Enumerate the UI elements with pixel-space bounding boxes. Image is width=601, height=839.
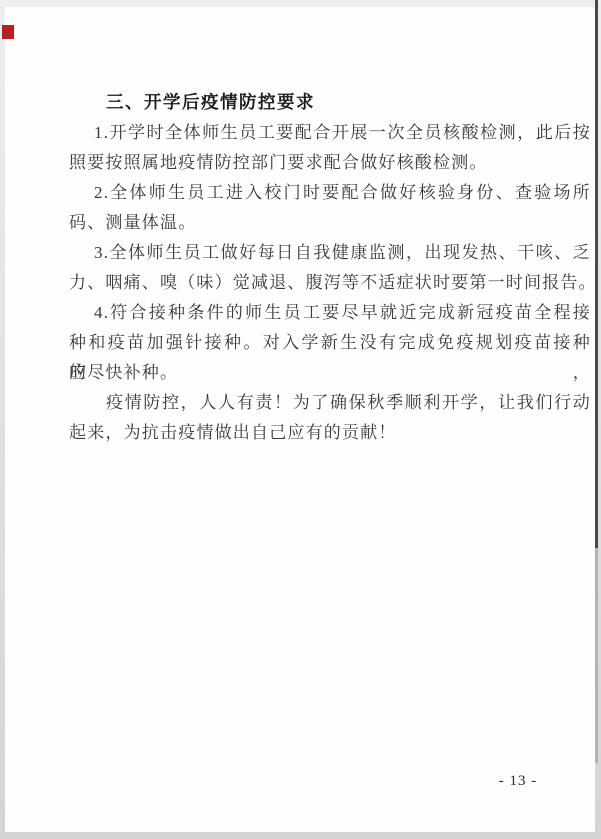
scan-edge-line-light	[595, 548, 598, 763]
page-number: - 13 -	[483, 771, 553, 791]
text-line: 起来，为抗击疫情做出自己应有的贡献！	[69, 418, 591, 448]
screenshot-root: { "page": { "heading": "三、开学后疫情防控要求", "p…	[0, 0, 601, 839]
text-line: 力、咽痛、嗅（味）觉减退、腹泻等不适症状时要第一时间报告。	[69, 268, 591, 298]
text-line: 照要按照属地疫情防控部门要求配合做好核酸检测。	[69, 148, 591, 178]
text-line: 疫情防控，人人有责！为了确保秋季顺利开学，让我们行动	[69, 388, 591, 418]
paragraphs: 1.开学时全体师生员工要配合开展一次全员核酸检测，此后按照要按照属地疫情防控部门…	[69, 118, 591, 448]
text-line: 4.符合接种条件的师生员工要尽早就近完成新冠疫苗全程接	[69, 298, 591, 328]
red-corner-mark	[2, 25, 14, 39]
text-line: 种和疫苗加强针接种。对入学新生没有完成免疫规划疫苗接种的，	[69, 328, 591, 358]
text-line: 1.开学时全体师生员工要配合开展一次全员核酸检测，此后按	[69, 118, 591, 148]
document-page: 三、开学后疫情防控要求 1.开学时全体师生员工要配合开展一次全员核酸检测，此后按…	[5, 7, 595, 832]
text-line: 2.全体师生员工进入校门时要配合做好核验身份、查验场所	[69, 178, 591, 208]
document-content: 三、开学后疫情防控要求 1.开学时全体师生员工要配合开展一次全员核酸检测，此后按…	[69, 86, 591, 448]
text-line: 码、测量体温。	[69, 208, 591, 238]
text-line: 3.全体师生员工做好每日自我健康监测，出现发热、干咳、乏	[69, 238, 591, 268]
section-heading: 三、开学后疫情防控要求	[69, 86, 591, 118]
scan-edge-line-dark	[595, 0, 598, 548]
